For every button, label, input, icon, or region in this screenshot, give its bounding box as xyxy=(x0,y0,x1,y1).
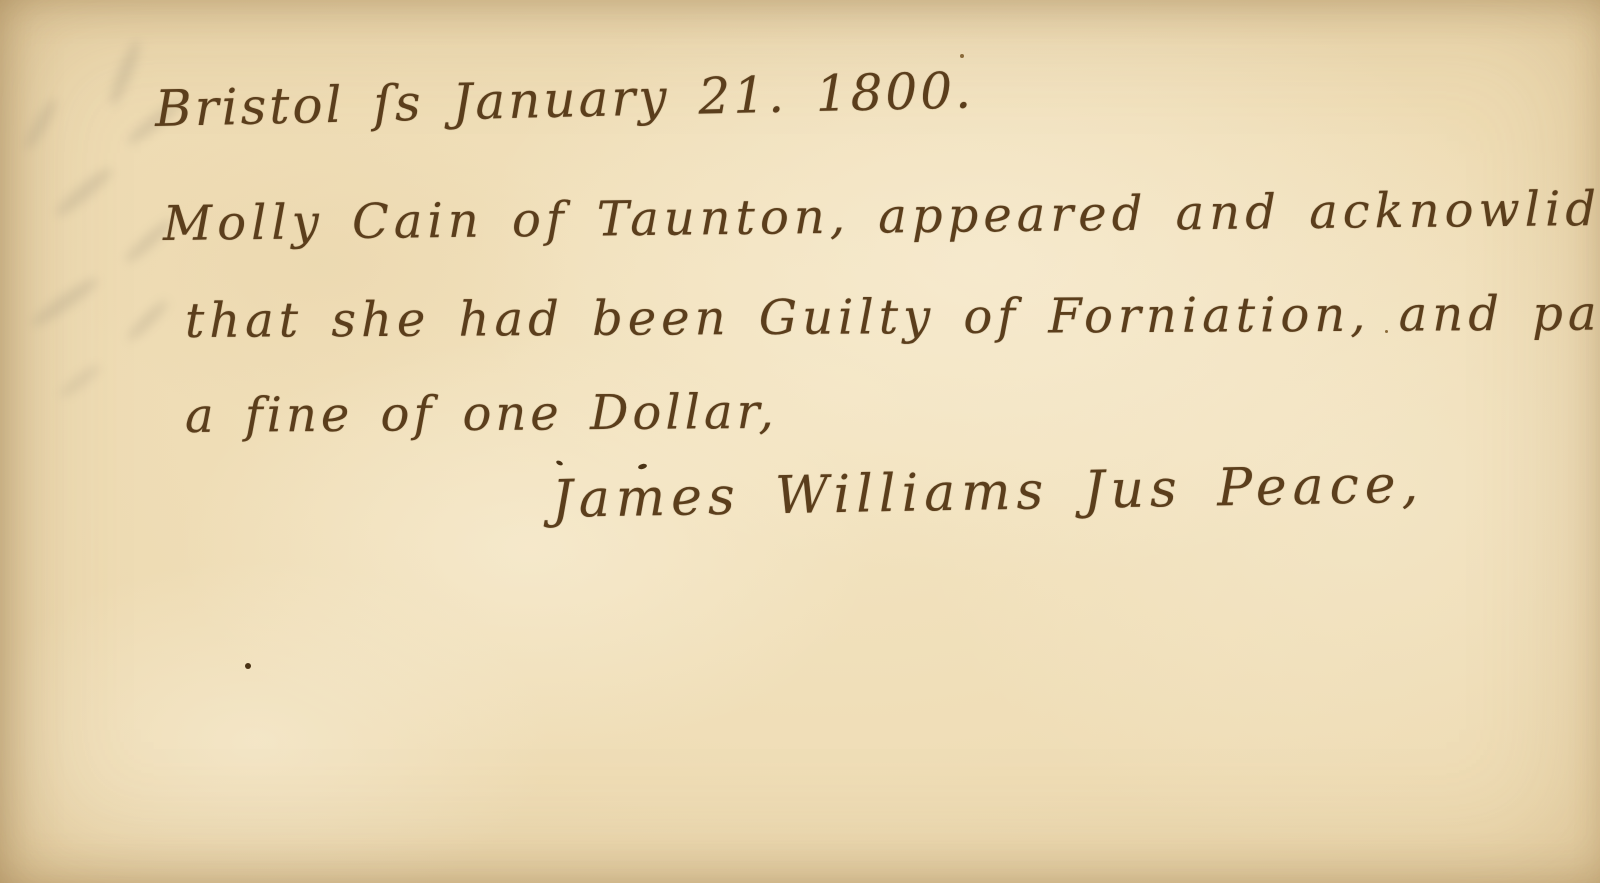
body-line-3: a fine of one Dollar, xyxy=(185,384,778,444)
ink-speck xyxy=(245,663,251,669)
signature-line: James Williams Jus Peace, xyxy=(551,455,1424,530)
ink-speck xyxy=(960,54,964,58)
showthrough-mark xyxy=(124,297,171,344)
showthrough-mark xyxy=(28,273,102,330)
heading-date-line: Bristol ſs January 21. 1800. xyxy=(154,61,974,138)
ink-speck xyxy=(1385,330,1388,333)
showthrough-mark xyxy=(105,38,144,108)
showthrough-mark xyxy=(52,163,116,220)
showthrough-mark xyxy=(57,361,104,401)
ink-speck xyxy=(555,460,563,467)
body-line-1: Molly Cain of Taunton, appeared and ackn… xyxy=(163,180,1600,252)
body-line-2: that she had been Guilty of Forniation, … xyxy=(185,285,1600,349)
showthrough-mark xyxy=(21,96,60,152)
manuscript-page: Bristol ſs January 21. 1800. Molly Cain … xyxy=(0,0,1600,883)
